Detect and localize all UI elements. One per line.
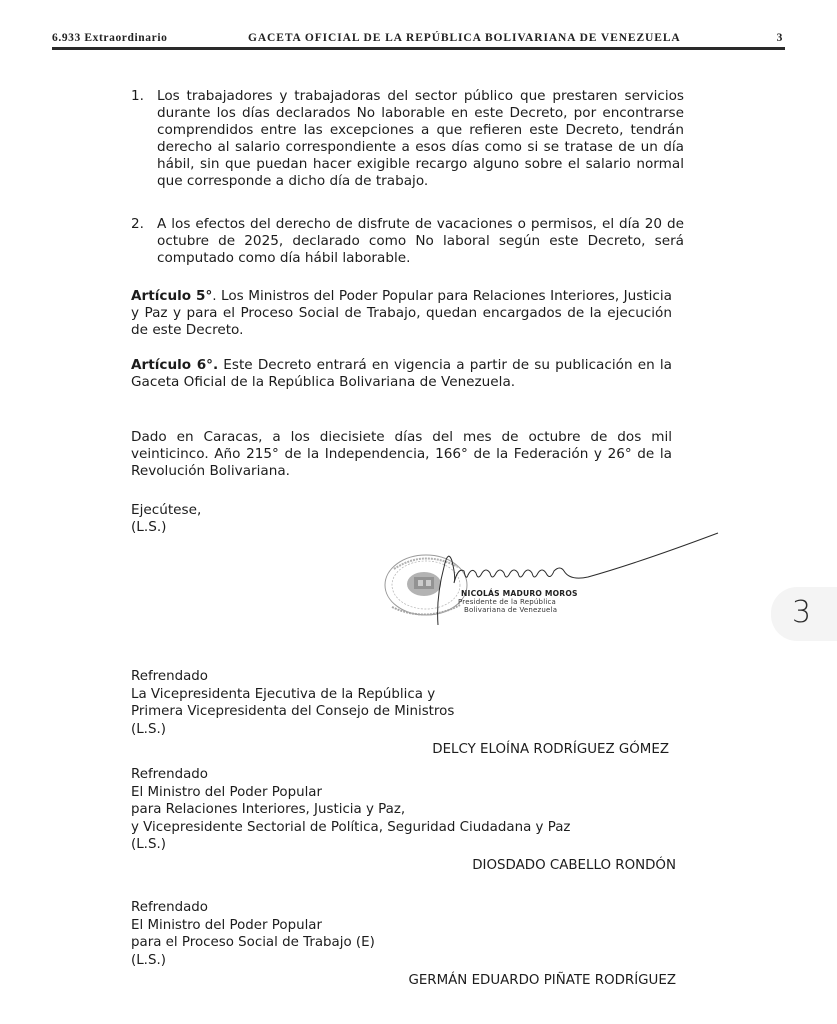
list-item-text: Los trabajadores y trabajadoras del sect… — [157, 88, 684, 190]
official-name: GERMÁN EDUARDO PIÑATE RODRÍGUEZ — [131, 972, 676, 990]
article-6-label: Artículo 6°. — [131, 357, 218, 373]
official-name: DELCY ELOÍNA RODRÍGUEZ GÓMEZ — [131, 741, 669, 759]
countersign-line: Refrendado — [131, 668, 691, 686]
article-5: Artículo 5°. Los Ministros del Poder Pop… — [131, 288, 672, 339]
running-header: 6.933 Extraordinario GACETA OFICIAL DE L… — [52, 32, 785, 46]
execution-label: Ejecútese, — [131, 502, 672, 519]
article-5-text: . Los Ministros del Poder Popular para R… — [131, 288, 672, 338]
gazette-title: GACETA OFICIAL DE LA REPÚBLICA BOLIVARIA… — [248, 32, 681, 44]
countersignature-block: Refrendado La Vicepresidenta Ejecutiva d… — [131, 668, 691, 759]
countersign-line: Refrendado — [131, 766, 691, 784]
countersign-line: (L.S.) — [131, 836, 691, 854]
countersign-line: para Relaciones Interiores, Justicia y P… — [131, 801, 691, 819]
page-number-badge-text: 3 — [792, 594, 811, 632]
countersign-line: y Vicepresidente Sectorial de Política, … — [131, 819, 691, 837]
signatory-name: NICOLÁS MADURO MOROS — [461, 589, 578, 598]
official-name: DIOSDADO CABELLO RONDÓN — [131, 857, 676, 875]
countersignature-block: Refrendado El Ministro del Poder Popular… — [131, 899, 691, 990]
countersign-line: (L.S.) — [131, 952, 691, 970]
countersign-line: Primera Vicepresidenta del Consejo de Mi… — [131, 703, 691, 721]
countersignature-block: Refrendado El Ministro del Poder Popular… — [131, 766, 691, 874]
countersign-line: (L.S.) — [131, 721, 691, 739]
page-number-badge: 3 — [771, 587, 837, 641]
list-item-number: 1. — [131, 88, 144, 105]
list-item: 1. Los trabajadores y trabajadoras del s… — [131, 88, 684, 190]
countersign-line: El Ministro del Poder Popular — [131, 917, 691, 935]
list-item: 2. A los efectos del derecho de disfrute… — [131, 216, 684, 267]
signatory-role-line-1: Presidente de la República — [458, 598, 556, 606]
countersign-line: Refrendado — [131, 899, 691, 917]
official-seal-icon — [385, 555, 467, 615]
article-6: Artículo 6°. Este Decreto entrará en vig… — [131, 357, 672, 391]
signatory-role-line-2: Bolivariana de Venezuela — [464, 606, 557, 614]
countersign-line: para el Proceso Social de Trabajo (E) — [131, 934, 691, 952]
countersign-line: El Ministro del Poder Popular — [131, 784, 691, 802]
header-page-number: 3 — [777, 32, 783, 44]
edition-number: 6.933 Extraordinario — [52, 32, 168, 44]
list-item-text: A los efectos del derecho de disfrute de… — [157, 216, 684, 267]
presidential-signature-block: NICOLÁS MADURO MOROS Presidente de la Re… — [378, 527, 728, 627]
given-at-paragraph: Dado en Caracas, a los diecisiete días d… — [131, 429, 672, 480]
countersign-line: La Vicepresidenta Ejecutiva de la Repúbl… — [131, 686, 691, 704]
header-rule — [52, 47, 785, 50]
list-item-number: 2. — [131, 216, 144, 233]
article-5-label: Artículo 5° — [131, 288, 212, 304]
